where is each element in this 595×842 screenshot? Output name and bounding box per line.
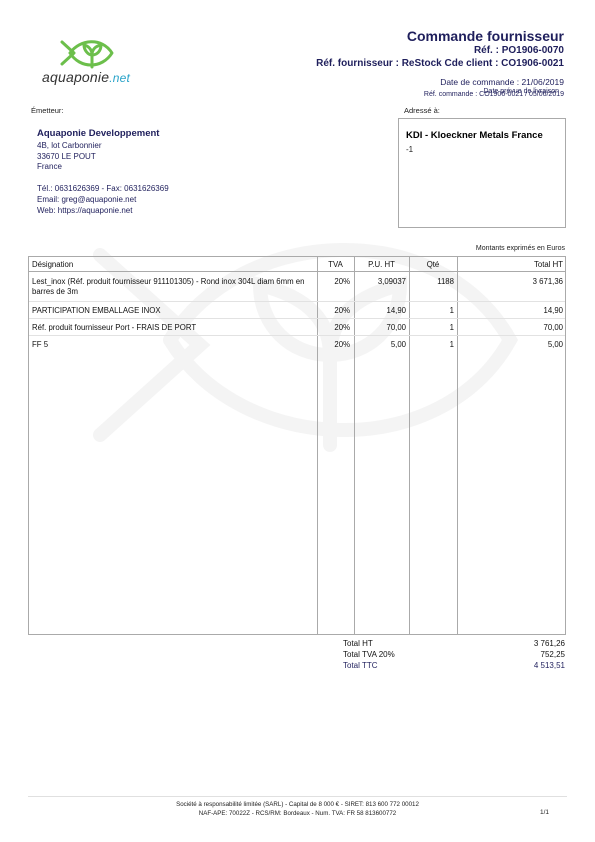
row-tva: 20% xyxy=(317,323,350,332)
fish-sprout-icon xyxy=(40,35,150,71)
sender-name: Aquaponie Developpement xyxy=(37,129,169,140)
row-qty: 1 xyxy=(409,306,454,315)
footer-line-2: NAF-APE: 70022Z - RCS/RM: Bordeaux - Num… xyxy=(0,809,595,818)
total-tva-value: 752,25 xyxy=(541,650,565,659)
row-divider xyxy=(29,301,565,302)
order-date: Date de commande : 21/06/2019 xyxy=(440,77,564,87)
row-pu-ht: 70,00 xyxy=(354,323,406,332)
row-pu-ht: 5,00 xyxy=(354,340,406,349)
row-total-ht: 70,00 xyxy=(457,323,563,332)
total-ht-label: Total HT xyxy=(343,639,373,648)
footer-divider xyxy=(28,796,567,797)
header-divider xyxy=(29,271,565,272)
total-ttc-value: 4 513,51 xyxy=(534,661,565,670)
logo-text: aquaponie xyxy=(42,69,109,85)
delivery-date-label: Date prévue de livraison xyxy=(484,88,560,95)
row-qty: 1188 xyxy=(409,277,454,286)
recipient-name: KDI - Kloeckner Metals France xyxy=(406,130,543,141)
sender-label: Émetteur: xyxy=(31,106,64,115)
row-tva: 20% xyxy=(317,306,350,315)
row-designation: Réf. produit fournisseur Port - FRAIS DE… xyxy=(32,323,316,333)
document-title: Commande fournisseur xyxy=(407,28,564,44)
row-tva: 20% xyxy=(317,340,350,349)
recipient-line: -1 xyxy=(406,145,413,154)
supplier-reference: Réf. fournisseur : ReStock Cde client : … xyxy=(316,58,564,69)
company-logo: aquaponie.net xyxy=(40,35,150,90)
header-tva: TVA xyxy=(317,260,354,269)
row-total-ht: 14,90 xyxy=(457,306,563,315)
row-designation: FF 5 xyxy=(32,340,316,350)
total-ttc-label: Total TTC xyxy=(343,661,378,670)
row-qty: 1 xyxy=(409,323,454,332)
sender-address1: 4B, lot Carbonnier xyxy=(37,141,169,152)
recipient-label: Adressé à: xyxy=(404,106,440,115)
footer-line-1: Société à responsabilité limitée (SARL) … xyxy=(0,800,595,809)
order-reference: Réf. : PO1906-0070 xyxy=(474,45,564,56)
row-qty: 1 xyxy=(409,340,454,349)
logo-text-ext: .net xyxy=(109,71,130,85)
row-total-ht: 3 671,36 xyxy=(457,277,563,286)
total-tva-label: Total TVA 20% xyxy=(343,650,395,659)
sender-email: Email: greg@aquaponie.net xyxy=(37,195,169,206)
sender-address2: 33670 LE POUT xyxy=(37,152,169,163)
sender-web: Web: https://aquaponie.net xyxy=(37,206,169,217)
row-tva: 20% xyxy=(317,277,350,286)
footer-legal: Société à responsabilité limitée (SARL) … xyxy=(0,800,595,818)
currency-note: Montants exprimés en Euros xyxy=(476,245,565,252)
row-pu-ht: 14,90 xyxy=(354,306,406,315)
header-designation: Désignation xyxy=(32,260,73,269)
sender-phone-fax: Tél.: 0631626369 - Fax: 0631626369 xyxy=(37,184,169,195)
recipient-box: KDI - Kloeckner Metals France -1 xyxy=(398,118,566,228)
row-designation: Lest_inox (Réf. produit fournisseur 9111… xyxy=(32,277,316,297)
row-divider xyxy=(29,318,565,319)
header-qty: Qté xyxy=(409,260,457,269)
page-number: 1/1 xyxy=(540,809,549,816)
header-total-ht: Total HT xyxy=(457,260,563,269)
row-divider xyxy=(29,335,565,336)
row-total-ht: 5,00 xyxy=(457,340,563,349)
row-designation: PARTICIPATION EMBALLAGE INOX xyxy=(32,306,316,316)
total-ht-value: 3 761,26 xyxy=(534,639,565,648)
row-pu-ht: 3,09037 xyxy=(354,277,406,286)
header-pu-ht: P.U. HT xyxy=(354,260,409,269)
sender-country: France xyxy=(37,162,169,173)
sender-block: Aquaponie Developpement 4B, lot Carbonni… xyxy=(37,129,169,217)
order-lines-table: Désignation TVA P.U. HT Qté Total HT Les… xyxy=(28,256,566,635)
